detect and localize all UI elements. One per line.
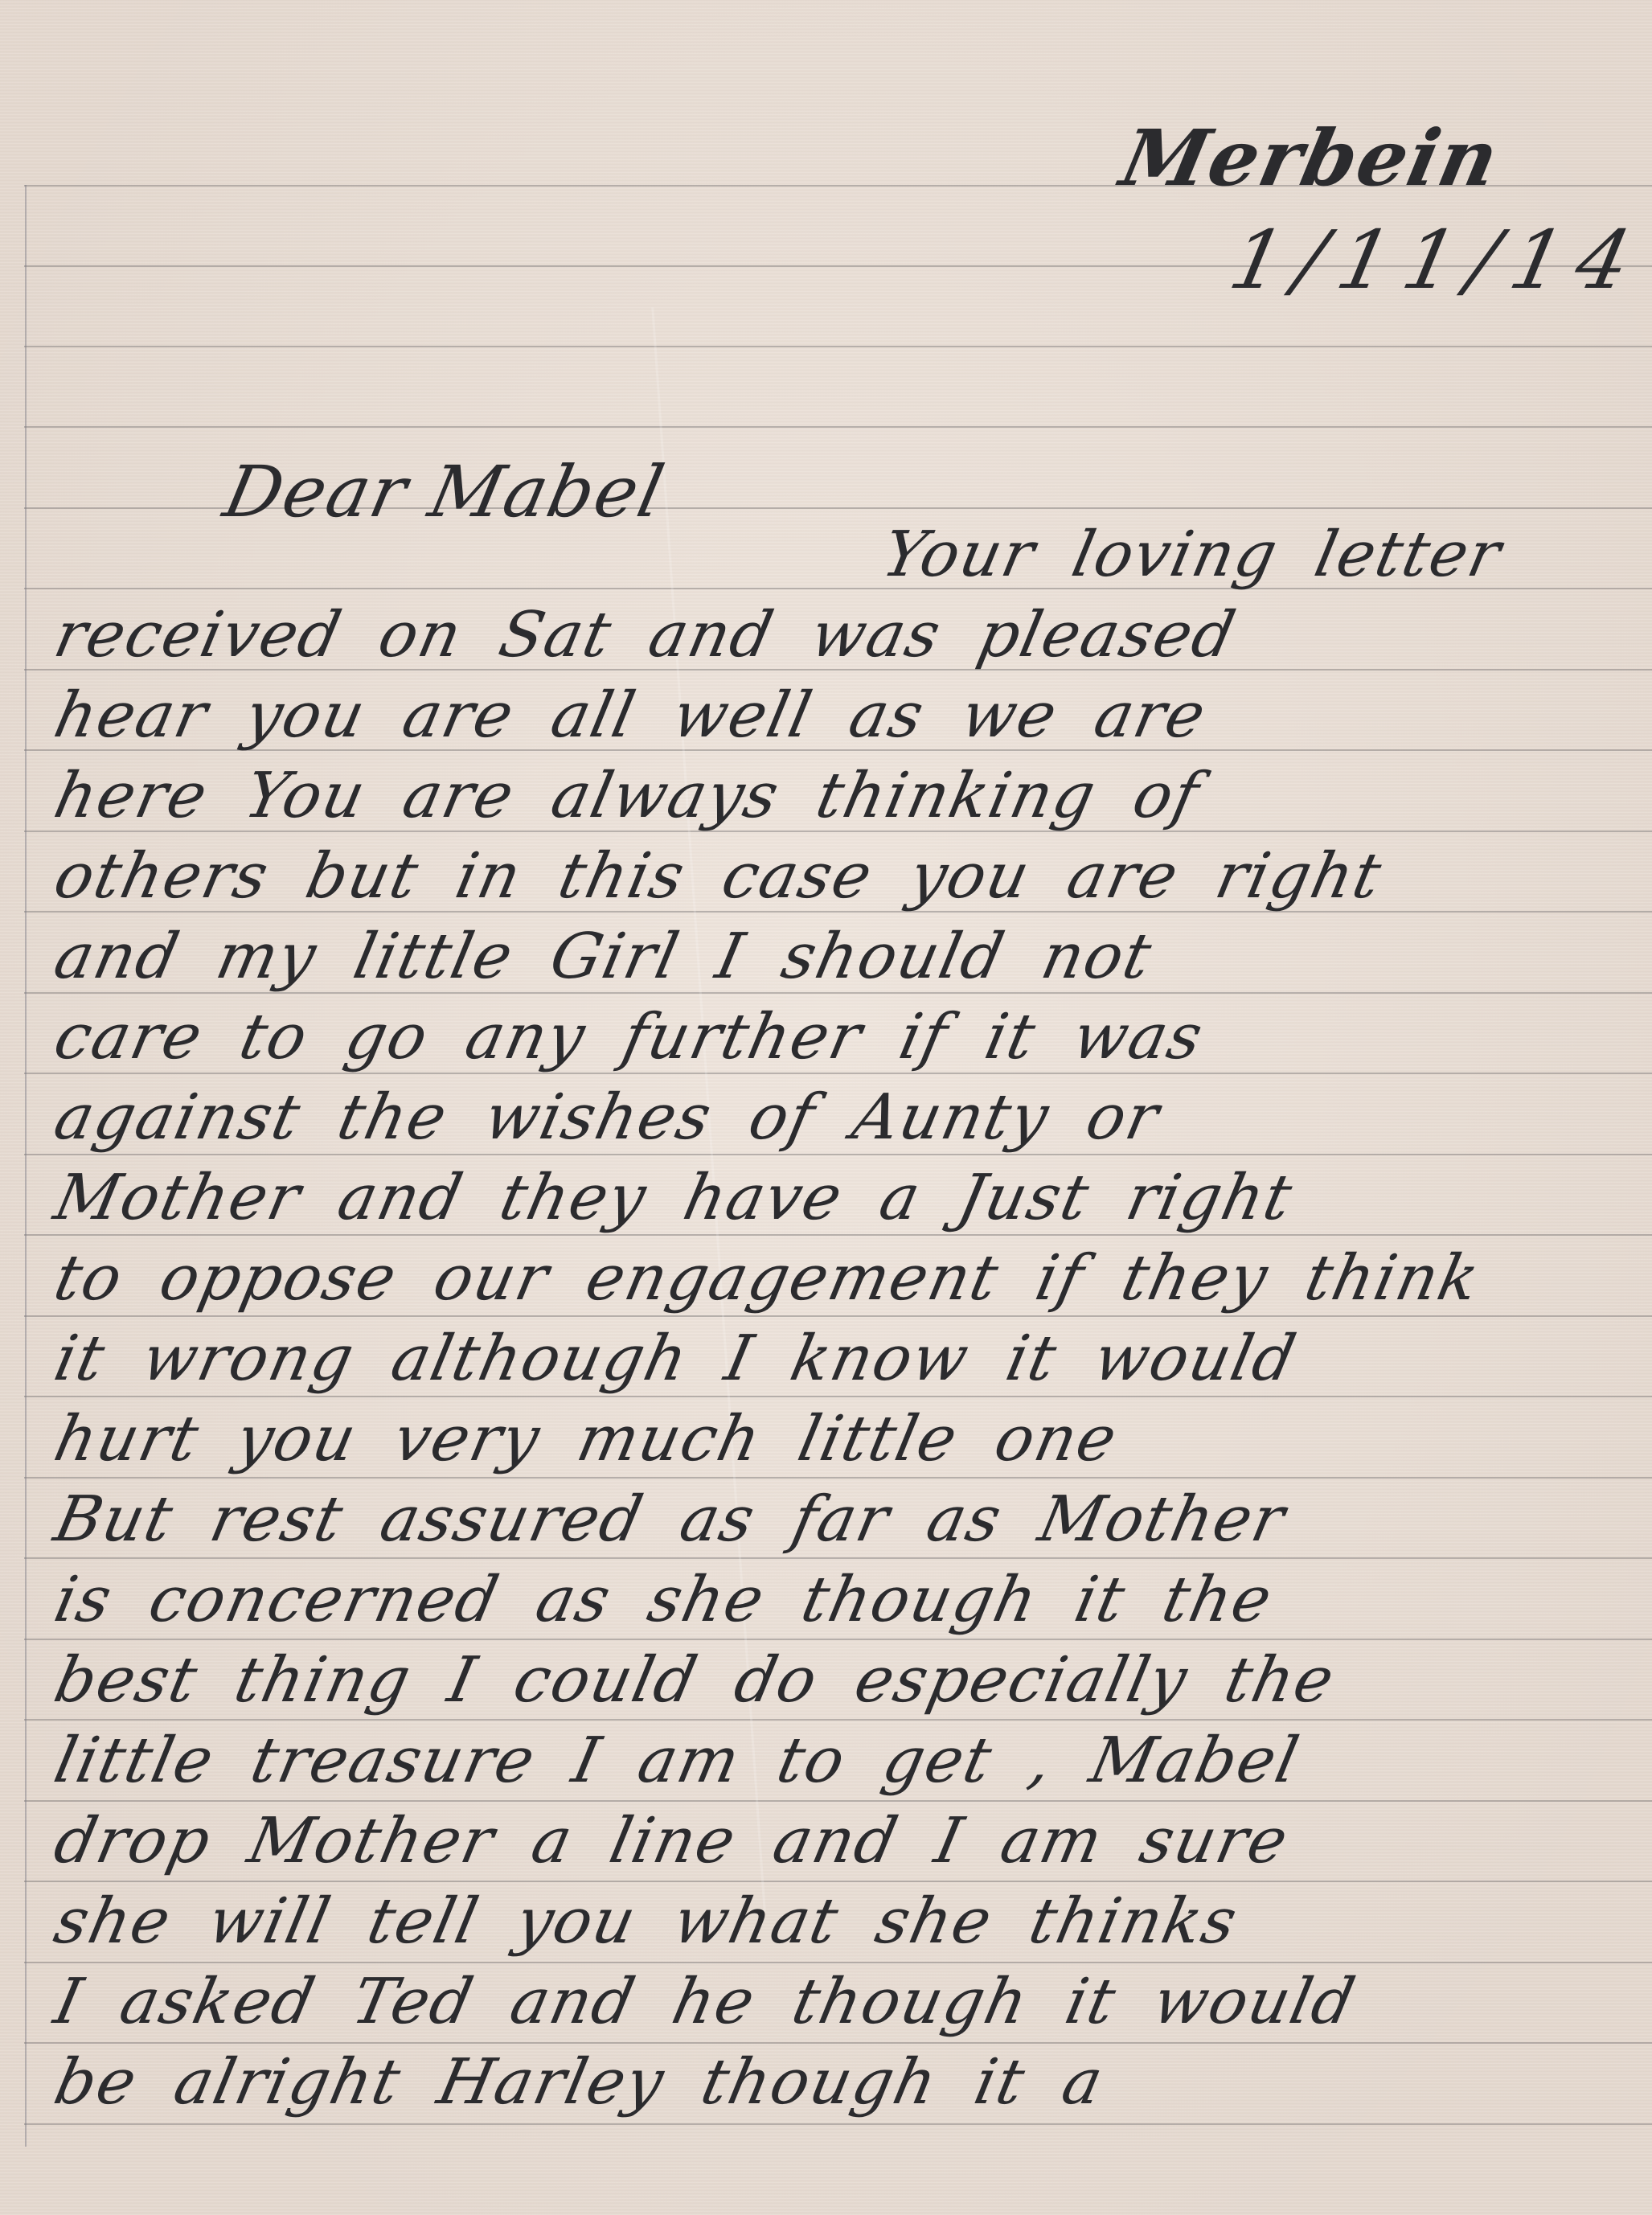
letter-line: others but in this case you are right (48, 840, 1388, 913)
ruled-line (24, 426, 1652, 428)
ruled-line (24, 1154, 1652, 1155)
letter-line: she will tell you what she thinks (48, 1885, 1244, 1958)
letter-line: hear you are all well as we are (48, 679, 1213, 752)
ruled-line (24, 1719, 1652, 1721)
letter-line: to oppose our engagement if they think (48, 1242, 1486, 1315)
letter-paper: Merbein 1/11/14 Dear Mabel Your loving l… (0, 0, 1652, 2215)
ruled-line (24, 1962, 1652, 1963)
ruled-line (24, 1234, 1652, 1236)
letter-line: little treasure I am to get , Mabel (48, 1725, 1306, 1797)
letter-line: and my little Girl I should not (48, 921, 1158, 993)
letter-place: Merbein (1113, 113, 1507, 203)
ruled-line (24, 346, 1652, 347)
ruled-line (24, 1557, 1652, 1559)
ruled-line (24, 1639, 1652, 1640)
letter-line: best thing I could do especially the (48, 1644, 1342, 1717)
letter-date: 1/11/14 (1222, 213, 1652, 307)
letter-line: I asked Ted and he though it would (48, 1966, 1363, 2038)
letter-line: is concerned as she though it the (48, 1564, 1279, 1636)
letter-line: hurt you very much little one (48, 1403, 1124, 1475)
ruled-line (24, 1315, 1652, 1317)
margin-line (25, 185, 27, 2147)
letter-greeting: Dear Mabel (217, 450, 672, 533)
letter-line: Your loving letter (876, 519, 1508, 591)
ruled-line (24, 1396, 1652, 1397)
ruled-line (24, 1477, 1652, 1479)
letter-line: But rest assured as far as Mother (48, 1483, 1292, 1556)
letter-line: here You are always thinking of (48, 760, 1207, 832)
letter-line: it wrong although I know it would (48, 1323, 1303, 1395)
letter-line: against the wishes of Aunty or (48, 1081, 1166, 1154)
ruled-line (24, 1800, 1652, 1802)
letter-line: be alright Harley though it a (48, 2046, 1110, 2119)
ruled-line (24, 1881, 1652, 1882)
ruled-line (24, 2042, 1652, 2044)
letter-line: drop Mother a line and I am sure (48, 1805, 1295, 1877)
ruled-line (24, 2123, 1652, 2125)
letter-line: received on Sat and was pleased (48, 599, 1243, 671)
letter-line: care to go any further if it was (48, 1001, 1210, 1073)
letter-line: Mother and they have a Just right (48, 1162, 1299, 1234)
